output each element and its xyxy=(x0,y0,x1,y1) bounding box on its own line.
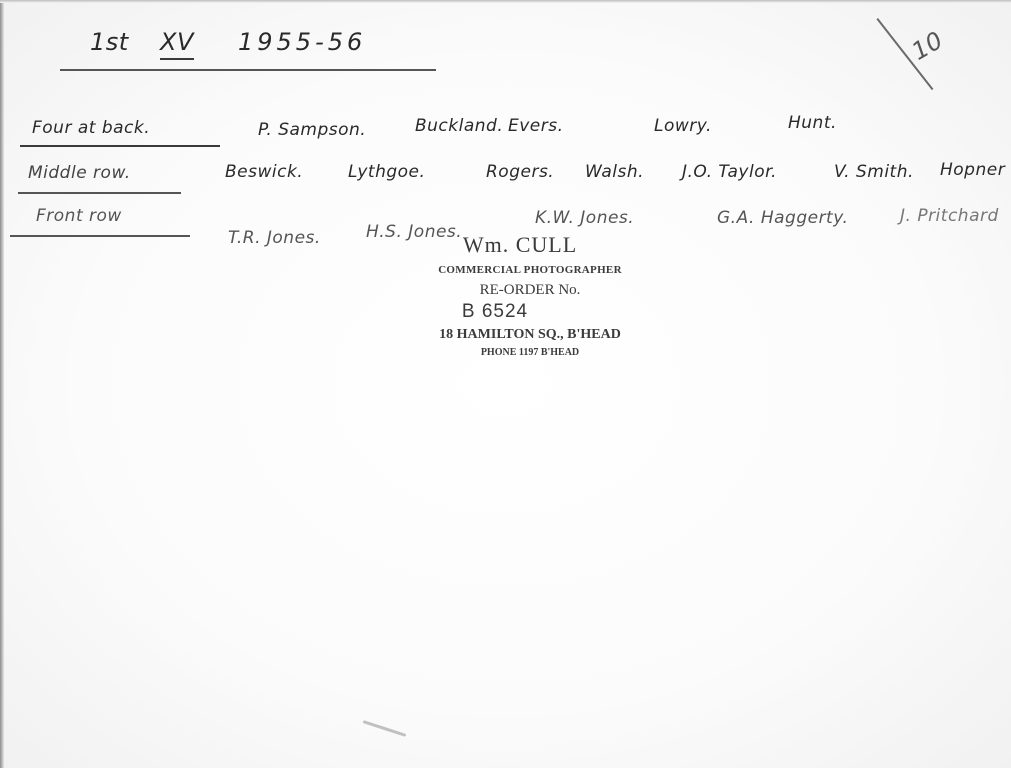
paper-top-edge xyxy=(0,0,1011,3)
stamp-phone: PHONE 1197 B'HEAD xyxy=(380,347,680,358)
numeral-underline xyxy=(160,58,194,60)
front-row-name: T.R. Jones. xyxy=(228,228,321,248)
photographer-stamp: Wm. CULL COMMERCIAL PHOTOGRAPHER RE-ORDE… xyxy=(380,232,680,358)
photo-back-paper xyxy=(0,0,1011,768)
front-row-name: J. Pritchard xyxy=(900,206,999,226)
stamp-reorder-number: B 6524 xyxy=(310,301,680,323)
back-row-name: Hunt. xyxy=(788,113,837,133)
middle-row-name: Walsh. xyxy=(585,162,644,182)
middle-row-name: J.O. Taylor. xyxy=(682,162,777,182)
back-row-name: Buckland. xyxy=(415,116,503,136)
header-season: 1955-56 xyxy=(238,28,366,56)
back-row-name: P. Sampson. xyxy=(258,120,366,140)
header-underline xyxy=(60,69,436,71)
front-row-name: K.W. Jones. xyxy=(535,208,634,228)
row-label-front: Front row xyxy=(36,206,122,226)
middle-row-name: V. Smith. xyxy=(834,162,914,182)
row-label-back: Four at back. xyxy=(32,118,150,138)
stamp-address: 18 HAMILTON SQ., B'HEAD xyxy=(380,327,680,343)
header-team: 1st xyxy=(90,28,129,56)
middle-row-name: Beswick. xyxy=(225,162,303,182)
stamp-profession: COMMERCIAL PHOTOGRAPHER xyxy=(380,264,680,276)
row-label-middle-underline xyxy=(18,192,181,194)
middle-row-name: Rogers. xyxy=(486,162,554,182)
row-label-front-underline xyxy=(10,235,190,237)
middle-row-name: Lythgoe. xyxy=(348,162,425,182)
back-row-name: Lowry. xyxy=(654,116,712,136)
stamp-photographer-name: Wm. CULL xyxy=(360,232,680,258)
back-row-name: Evers. xyxy=(508,116,564,136)
header-numeral: XV xyxy=(160,28,194,56)
row-label-middle: Middle row. xyxy=(28,163,131,183)
middle-row-name: Hopner xyxy=(940,160,1005,180)
stamp-reorder-label: RE-ORDER No. xyxy=(380,282,680,299)
front-row-name: G.A. Haggerty. xyxy=(717,208,848,228)
paper-left-edge xyxy=(0,0,4,768)
row-label-back-underline xyxy=(20,145,220,147)
